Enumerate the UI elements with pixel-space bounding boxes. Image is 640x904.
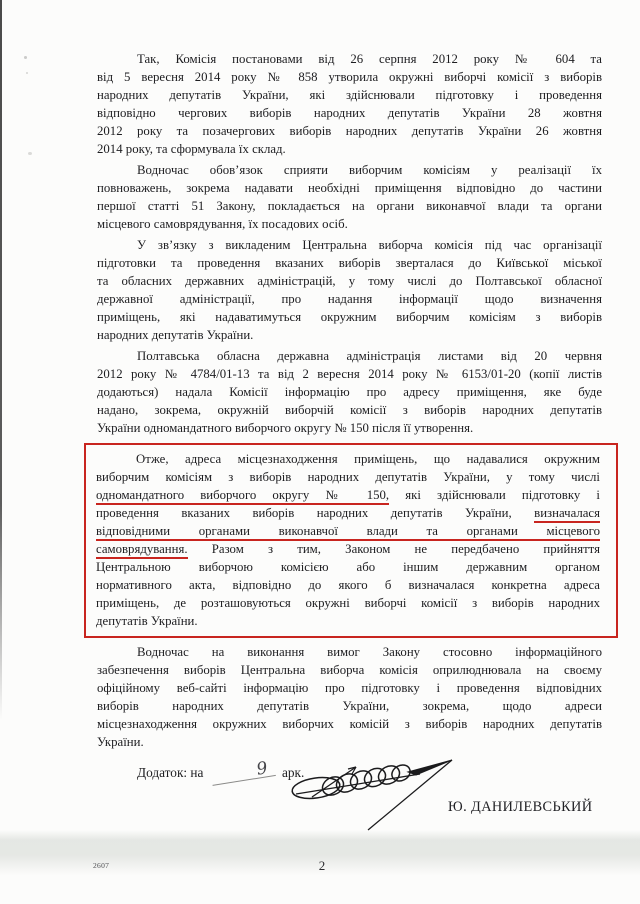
scan-speck [28, 152, 32, 155]
text-line: місцезнаходження окружних виборчих коміс… [97, 715, 602, 733]
handwritten-page-count: 9 [210, 760, 276, 786]
red-underlined-text: визначалася [534, 506, 600, 523]
text-line: нормативного акта, відповідно до якого б… [96, 576, 600, 594]
text-line: та обласних державних адміністрацій, у т… [97, 272, 602, 290]
text-line: Центральною виборчою комісією або іншим … [96, 558, 600, 576]
text-segment: місцевого самоврядування, їх посадових о… [97, 217, 348, 231]
scan-speck [26, 72, 28, 74]
text-line: виборів народних депутатів України, зокр… [97, 697, 602, 715]
text-segment: від 5 вересня 2014 року № 858 утворила о… [97, 70, 602, 84]
attachment-label: Додаток: на [137, 765, 203, 780]
text-segment: відповідно чергових виборів народних деп… [97, 106, 602, 120]
text-line: народних депутатів України. [97, 326, 602, 344]
text-segment: 2014 року, та сформувала їх склад. [97, 142, 286, 156]
text-segment: проведення вказаних виборів народних деп… [96, 506, 534, 520]
text-segment: місцезнаходження окружних виборчих коміс… [97, 717, 602, 731]
text-segment: народних депутатів України, які здійснюв… [97, 88, 602, 102]
paragraph: Полтавська обласна державна адміністраці… [97, 347, 602, 437]
red-underlined-text: самоврядування. [96, 542, 188, 559]
text-segment: та обласних державних адміністрацій, у т… [97, 274, 602, 288]
text-line: державної адміністрації, про надання інф… [97, 290, 602, 308]
highlighted-paragraph: Отже, адреса місцезнаходження приміщень,… [84, 443, 618, 638]
red-underlined-text: відповідними органами виконавчої влади т… [96, 524, 600, 541]
text-line: приміщень, які надаватимуться окружним в… [97, 308, 602, 326]
text-line: У зв’язку з викладеним Центральна виборч… [97, 236, 602, 254]
text-segment: приміщень, які надаватимуться окружним в… [97, 310, 602, 324]
text-line: самоврядування. Разом з тим, Законом не … [96, 540, 600, 558]
paragraph: Так, Комісія постановами від 26 серпня 2… [97, 50, 602, 158]
text-segment: У зв’язку з викладеним Центральна виборч… [137, 238, 602, 252]
text-segment: Отже, адреса місцезнаходження приміщень,… [136, 452, 600, 466]
signatory-name: Ю. ДАНИЛЕВСЬКИЙ [448, 799, 618, 816]
text-line: місцевого самоврядування, їх посадових о… [97, 215, 602, 233]
text-line: депутатів України. [96, 612, 600, 630]
text-segment: України одномандатного виборчого округу … [97, 421, 473, 435]
text-line: офіційному веб-сайті інформацію про підг… [97, 679, 602, 697]
text-segment: Полтавська обласна державна адміністраці… [137, 349, 602, 363]
text-line: Так, Комісія постановами від 26 серпня 2… [97, 50, 602, 68]
text-line: підготовки та проведення вказаних виборі… [97, 254, 602, 272]
text-line: відповідними органами виконавчої влади т… [96, 522, 600, 540]
text-line: Полтавська обласна державна адміністраці… [97, 347, 602, 365]
text-line: одномандатного виборчого округу № 150, я… [96, 486, 600, 504]
paragraph: У зв’язку з викладеним Центральна виборч… [97, 236, 602, 344]
text-line: народних депутатів України, які здійснюв… [97, 86, 602, 104]
text-segment: Водночас обов’язок сприяти виборчим комі… [137, 163, 602, 177]
signature-scribble [280, 748, 470, 840]
text-segment: виборчим комісіям з виборів народних деп… [96, 470, 600, 484]
text-line: виборчим комісіям з виборів народних деп… [96, 468, 600, 486]
text-segment: Так, Комісія постановами від 26 серпня 2… [137, 52, 602, 66]
paragraph: Водночас обов’язок сприяти виборчим комі… [97, 161, 602, 233]
text-segment: України. [97, 735, 144, 749]
page-number: 2 [312, 858, 332, 874]
text-line: Водночас обов’язок сприяти виборчим комі… [97, 161, 602, 179]
text-segment: 2012 року та позачергових виборів народн… [97, 124, 602, 138]
text-segment: додаються) надала Комісії інформацію про… [97, 385, 602, 399]
text-line: проведення вказаних виборів народних деп… [96, 504, 600, 522]
text-segment: підготовки та проведення вказаних виборі… [97, 256, 602, 270]
red-underlined-text: одномандатного виборчого округу № 150, [96, 488, 389, 505]
text-segment: державної адміністрації, про надання інф… [97, 292, 602, 306]
text-line: від 5 вересня 2014 року № 858 утворила о… [97, 68, 602, 86]
text-line: повноважень, зокрема надавати необхідні … [97, 179, 602, 197]
text-segment: надано, зокрема, окружній виборчій коміс… [97, 403, 602, 417]
text-line: надано, зокрема, окружній виборчій коміс… [97, 401, 602, 419]
text-segment: Водночас на виконання вимог Закону стосо… [137, 645, 602, 659]
text-line: першої статті 51 Закону, покладається на… [97, 197, 602, 215]
text-line: додаються) надала Комісії інформацію про… [97, 383, 602, 401]
footer-code: 2607 [93, 861, 109, 870]
text-segment: забезпечення виборів Центральна виборча … [97, 663, 602, 677]
text-line: України одномандатного виборчого округу … [97, 419, 602, 437]
text-line: приміщень, де розташовуються окружні виб… [96, 594, 600, 612]
text-segment: 2012 року № 4784/01-13 та від 2 вересня … [97, 367, 602, 381]
text-line: відповідно чергових виборів народних деп… [97, 104, 602, 122]
scan-edge-artifact [0, 0, 2, 720]
document-body: Так, Комісія постановами від 26 серпня 2… [97, 50, 602, 751]
text-line: 2012 року № 4784/01-13 та від 2 вересня … [97, 365, 602, 383]
text-segment: народних депутатів України. [97, 328, 253, 342]
text-line: Отже, адреса місцезнаходження приміщень,… [96, 450, 600, 468]
text-line: забезпечення виборів Центральна виборча … [97, 661, 602, 679]
text-segment: депутатів України. [96, 614, 198, 628]
text-segment: Центральною виборчою комісією або іншим … [96, 560, 600, 574]
text-segment: повноважень, зокрема надавати необхідні … [97, 181, 602, 195]
text-line: Водночас на виконання вимог Закону стосо… [97, 643, 602, 661]
text-segment: офіційному веб-сайті інформацію про підг… [97, 681, 602, 695]
scan-speck [24, 56, 27, 59]
text-segment: приміщень, де розташовуються окружні виб… [96, 596, 600, 610]
paragraph: Водночас на виконання вимог Закону стосо… [97, 643, 602, 751]
text-segment: які здійснювали підготовку і [389, 488, 600, 502]
text-line: 2014 року, та сформувала їх склад. [97, 140, 602, 158]
text-segment: виборів народних депутатів України, зокр… [97, 699, 602, 713]
text-segment: нормативного акта, відповідно до якого б… [96, 578, 600, 592]
text-segment: першої статті 51 Закону, покладається на… [97, 199, 602, 213]
document-page: Так, Комісія постановами від 26 серпня 2… [97, 50, 602, 791]
text-line: 2012 року та позачергових виборів народн… [97, 122, 602, 140]
text-segment: Разом з тим, Законом не передбачено прий… [188, 542, 600, 556]
